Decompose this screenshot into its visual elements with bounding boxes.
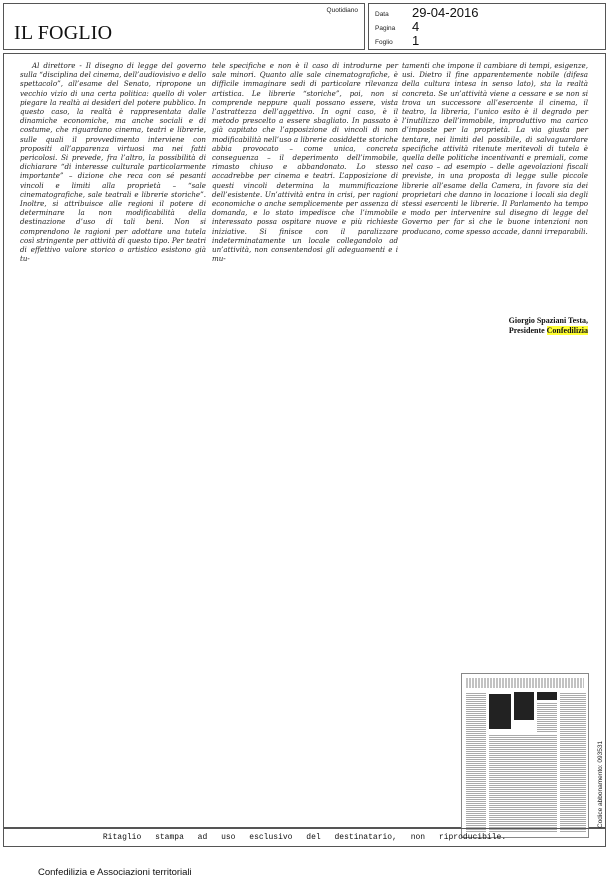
subscription-code-text: Codice abbonamento: 093531 (597, 703, 604, 828)
article-column-2: tele specifiche e non è il caso di intro… (212, 61, 398, 263)
thumbnail-text-block (560, 692, 586, 832)
signature-role: Presidente (509, 326, 545, 335)
clipping-notice: Ritaglio stampa ad uso esclusivo del des… (3, 828, 606, 847)
subscription-code: Codice abbonamento: 093531 (594, 706, 606, 831)
thumbnail-masthead (466, 678, 584, 688)
signature-org-highlight: Confedilizia (547, 326, 588, 335)
thumbnail-photo (514, 692, 534, 720)
page-thumbnail (461, 673, 589, 838)
header-publication-box: IL FOGLIO Quotidiano (3, 3, 365, 50)
signature-line: Presidente Confedilizia (402, 326, 588, 336)
thumbnail-photo (537, 692, 557, 700)
thumbnail-text-block (489, 734, 557, 832)
header-meta-box: Data 29-04-2016 Pagina 4 Foglio 1 (368, 3, 606, 50)
article-signature: Giorgio Spaziani Testa, Presidente Confe… (402, 316, 588, 336)
meta-sheet-label: Foglio (375, 39, 415, 46)
signature-name: Giorgio Spaziani Testa, (402, 316, 588, 326)
thumbnail-photo (489, 694, 511, 729)
article-column-3: tamenti che impone il cambiare di tempi,… (402, 61, 588, 236)
source-note: Confedilizia e Associazioni territoriali (38, 867, 192, 878)
meta-page-value: 4 (412, 19, 419, 34)
meta-date-label: Data (375, 11, 415, 18)
thumbnail-text-block (537, 702, 557, 732)
thumbnail-text-block (466, 692, 486, 832)
publication-type: Quotidiano (327, 7, 358, 14)
publication-title: IL FOGLIO (14, 22, 112, 45)
meta-date-value: 29-04-2016 (412, 5, 479, 20)
meta-page-label: Pagina (375, 25, 415, 32)
meta-sheet-value: 1 (412, 33, 419, 48)
article-column-1: Al direttore - Il disegno di legge del g… (20, 61, 206, 263)
